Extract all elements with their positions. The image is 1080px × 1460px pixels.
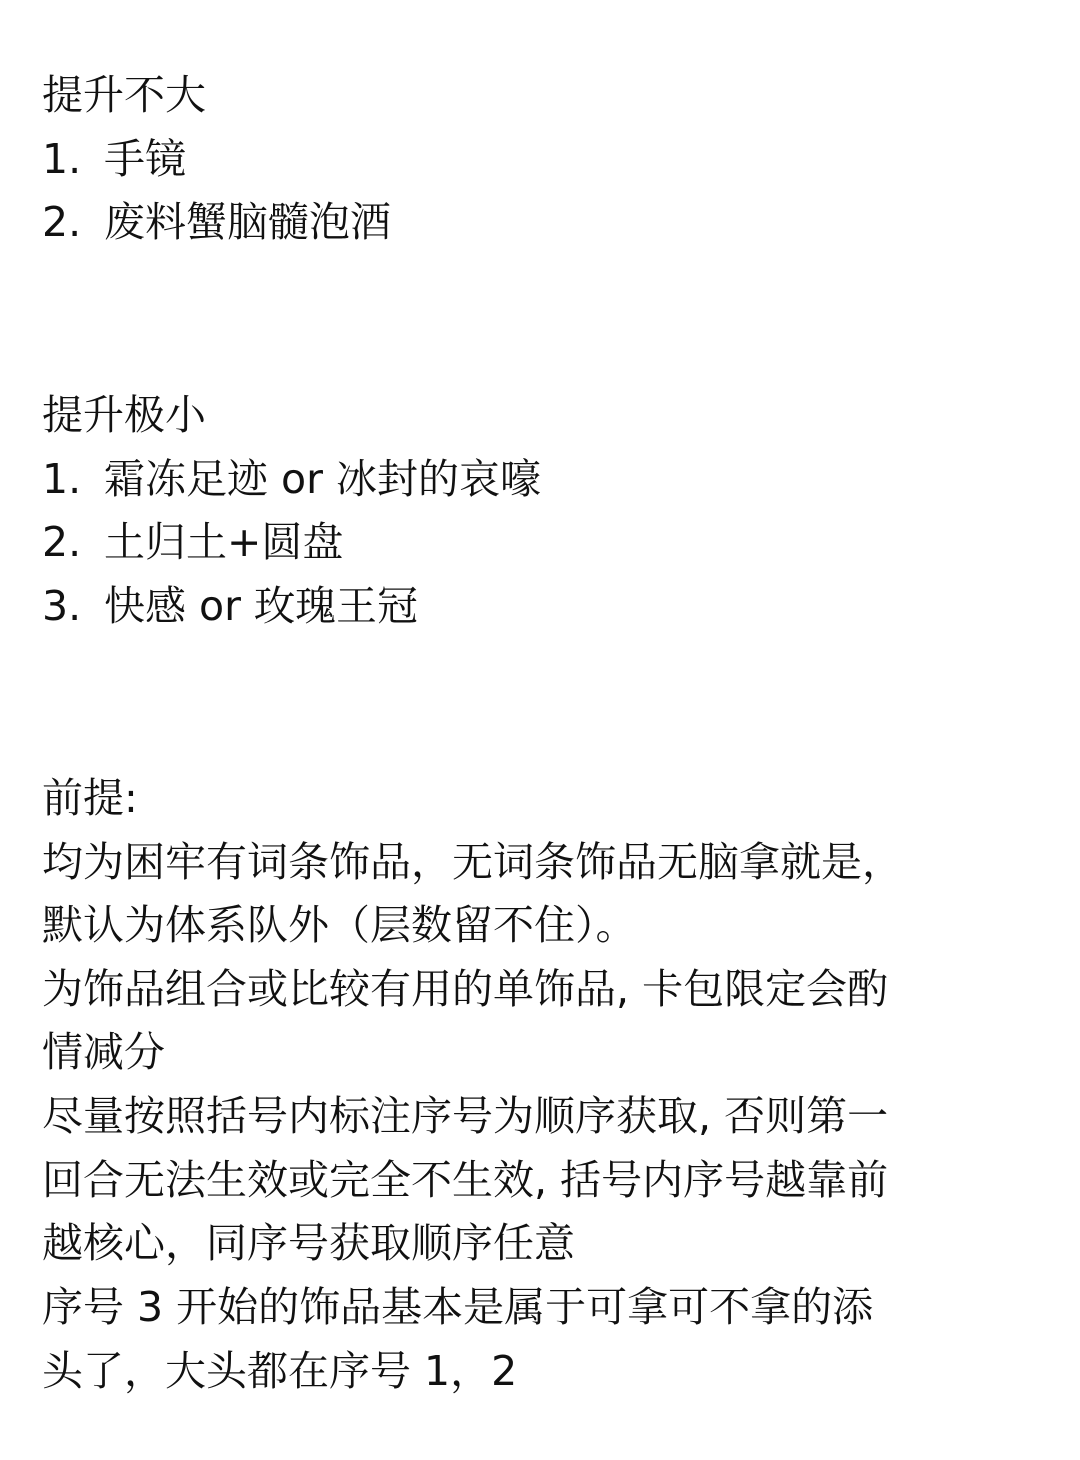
list-item-text: 手镜	[104, 135, 186, 183]
premise-heading: 前提:	[42, 766, 138, 830]
premise-line: 均为困牢有词条饰品，无词条饰品无脑拿就是，	[42, 830, 903, 894]
premise-line: 默认为体系队外（层数留不住）。	[42, 893, 637, 957]
list-item-text: 快感 or 玫瑰王冠	[104, 582, 418, 630]
premise-line: 情减分	[42, 1020, 165, 1084]
premise-line: 为饰品组合或比较有用的单饰品, 卡包限定会酌	[42, 957, 888, 1021]
list-item: 1.霜冻足迹 or 冰封的哀嚎	[42, 447, 541, 511]
list-item: 2.废料蟹脑髓泡酒	[42, 190, 391, 254]
premise-line: 序号 3 开始的饰品基本是属于可拿可不拿的添	[42, 1275, 873, 1339]
premise-line: 回合无法生效或完全不生效, 括号内序号越靠前	[42, 1148, 888, 1212]
section-heading-tiny-improvement: 提升极小	[42, 383, 206, 447]
list-item: 2.土归土+圆盘	[42, 510, 343, 574]
list-item-text: 废料蟹脑髓泡酒	[104, 198, 391, 246]
premise-line: 尽量按照括号内标注序号为顺序获取, 否则第一	[42, 1084, 888, 1148]
list-number: 2.	[42, 190, 104, 254]
list-item: 3.快感 or 玫瑰王冠	[42, 574, 418, 638]
list-number: 2.	[42, 510, 104, 574]
list-number: 1.	[42, 447, 104, 511]
premise-line: 头了，大头都在序号 1，2	[42, 1339, 517, 1403]
list-number: 1.	[42, 127, 104, 191]
list-item-text: 霜冻足迹 or 冰封的哀嚎	[104, 455, 541, 503]
section-heading-minor-improvement: 提升不大	[42, 63, 206, 127]
list-number: 3.	[42, 574, 104, 638]
list-item-text: 土归土+圆盘	[104, 518, 343, 566]
list-item: 1.手镜	[42, 127, 186, 191]
premise-line: 越核心，同序号获取顺序任意	[42, 1211, 575, 1275]
